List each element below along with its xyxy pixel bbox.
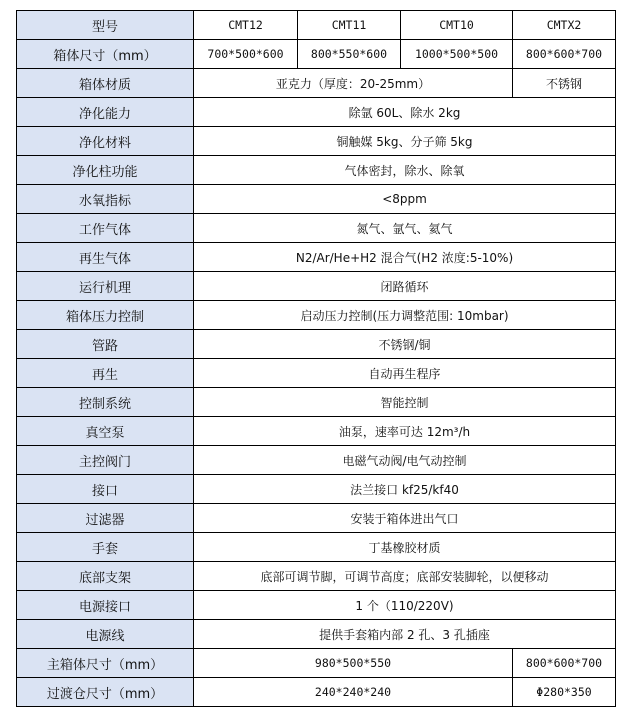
table-row: 管路 不锈钢/铜 [17, 330, 616, 359]
value-cell: 铜触媒 5kg、分子筛 5kg [194, 127, 616, 156]
table-row: 再生气体 N2/Ar/He+H2 混合气(H2 浓度:5-10%) [17, 243, 616, 272]
row-label: 底部支架 [17, 562, 194, 591]
value-cell: <8ppm [194, 185, 616, 214]
row-label: 箱体压力控制 [17, 301, 194, 330]
row-label: 真空泵 [17, 417, 194, 446]
row-label: 净化柱功能 [17, 156, 194, 185]
table-row-box-size: 箱体尺寸（mm） 700*500*600 800*550*600 1000*50… [17, 40, 616, 69]
row-label: 电源线 [17, 620, 194, 649]
table-row-main-box-size: 主箱体尺寸（mm） 980*500*550 800*600*700 [17, 649, 616, 678]
value-cell: 亚克力（厚度：20-25mm） [194, 69, 513, 98]
value-cell: 提供手套箱内部 2 孔、3 孔插座 [194, 620, 616, 649]
model-cell: CMT10 [401, 11, 513, 40]
row-label: 工作气体 [17, 214, 194, 243]
value-cell: 启动压力控制(压力调整范围: 10mbar) [194, 301, 616, 330]
value-cell: 油泵，速率可达 12m³/h [194, 417, 616, 446]
table-row: 电源接口 1 个（110/220V) [17, 591, 616, 620]
row-label: 主控阀门 [17, 446, 194, 475]
table-row: 净化能力 除氩 60L、除水 2kg [17, 98, 616, 127]
table-row: 净化材料 铜触媒 5kg、分子筛 5kg [17, 127, 616, 156]
value-cell: 800*600*700 [513, 649, 616, 678]
value-cell: 闭路循环 [194, 272, 616, 301]
table-row: 电源线 提供手套箱内部 2 孔、3 孔插座 [17, 620, 616, 649]
row-label: 箱体材质 [17, 69, 194, 98]
value-cell: 除氩 60L、除水 2kg [194, 98, 616, 127]
row-label: 箱体尺寸（mm） [17, 40, 194, 69]
value-cell: N2/Ar/He+H2 混合气(H2 浓度:5-10%) [194, 243, 616, 272]
table-row: 底部支架 底部可调节脚，可调节高度；底部安装脚轮，以便移动 [17, 562, 616, 591]
value-cell: 不锈钢/铜 [194, 330, 616, 359]
row-label: 控制系统 [17, 388, 194, 417]
value-cell: 安装于箱体进出气口 [194, 504, 616, 533]
model-cell: CMT12 [194, 11, 298, 40]
row-label: 过渡仓尺寸（mm） [17, 678, 194, 707]
table-row: 手套 丁基橡胶材质 [17, 533, 616, 562]
table-row: 净化柱功能 气体密封，除水、除氧 [17, 156, 616, 185]
row-label: 水氧指标 [17, 185, 194, 214]
value-cell: 智能控制 [194, 388, 616, 417]
value-cell: 800*600*700 [513, 40, 616, 69]
value-cell: 800*550*600 [298, 40, 401, 69]
model-cell: CMT11 [298, 11, 401, 40]
row-label: 管路 [17, 330, 194, 359]
row-label: 电源接口 [17, 591, 194, 620]
table-row: 过滤器 安装于箱体进出气口 [17, 504, 616, 533]
row-label: 接口 [17, 475, 194, 504]
value-cell: 1000*500*500 [401, 40, 513, 69]
table-row: 接口 法兰接口 kf25/kf40 [17, 475, 616, 504]
table-row: 运行机理 闭路循环 [17, 272, 616, 301]
row-label: 再生 [17, 359, 194, 388]
row-label: 再生气体 [17, 243, 194, 272]
value-cell: 240*240*240 [194, 678, 513, 707]
table-row-box-material: 箱体材质 亚克力（厚度：20-25mm） 不锈钢 [17, 69, 616, 98]
value-cell: 不锈钢 [513, 69, 616, 98]
spec-table: 型号 CMT12 CMT11 CMT10 CMTX2 箱体尺寸（mm） 700*… [16, 10, 616, 707]
model-cell: CMTX2 [513, 11, 616, 40]
value-cell: Φ280*350 [513, 678, 616, 707]
table-row: 水氧指标 <8ppm [17, 185, 616, 214]
row-label: 净化能力 [17, 98, 194, 127]
value-cell: 气体密封，除水、除氧 [194, 156, 616, 185]
value-cell: 自动再生程序 [194, 359, 616, 388]
value-cell: 700*500*600 [194, 40, 298, 69]
table-row-antechamber-size: 过渡仓尺寸（mm） 240*240*240 Φ280*350 [17, 678, 616, 707]
table-row: 箱体压力控制 启动压力控制(压力调整范围: 10mbar) [17, 301, 616, 330]
value-cell: 1 个（110/220V) [194, 591, 616, 620]
value-cell: 980*500*550 [194, 649, 513, 678]
row-label: 过滤器 [17, 504, 194, 533]
table-row: 控制系统 智能控制 [17, 388, 616, 417]
value-cell: 法兰接口 kf25/kf40 [194, 475, 616, 504]
table-row: 工作气体 氮气、氩气、氦气 [17, 214, 616, 243]
table-row-model: 型号 CMT12 CMT11 CMT10 CMTX2 [17, 11, 616, 40]
value-cell: 底部可调节脚，可调节高度；底部安装脚轮，以便移动 [194, 562, 616, 591]
row-label: 型号 [17, 11, 194, 40]
row-label: 主箱体尺寸（mm） [17, 649, 194, 678]
value-cell: 电磁气动阀/电气动控制 [194, 446, 616, 475]
table-row: 再生 自动再生程序 [17, 359, 616, 388]
table-row: 真空泵 油泵，速率可达 12m³/h [17, 417, 616, 446]
row-label: 净化材料 [17, 127, 194, 156]
value-cell: 氮气、氩气、氦气 [194, 214, 616, 243]
value-cell: 丁基橡胶材质 [194, 533, 616, 562]
row-label: 手套 [17, 533, 194, 562]
row-label: 运行机理 [17, 272, 194, 301]
table-row: 主控阀门 电磁气动阀/电气动控制 [17, 446, 616, 475]
